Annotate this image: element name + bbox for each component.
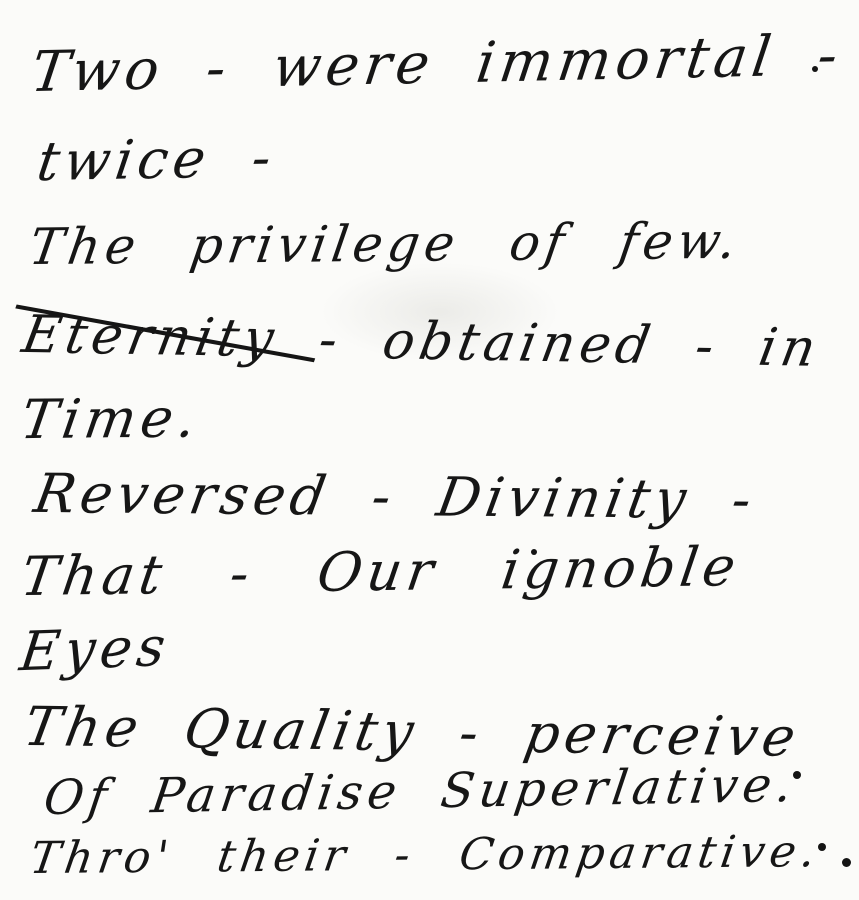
line-text: That - Our ignoble xyxy=(17,535,744,608)
line-text: - obtained - in xyxy=(314,310,825,379)
ink-dot xyxy=(793,771,801,779)
line-text: The Quality - perceive xyxy=(19,695,805,769)
manuscript-line-3: The privilege of few. xyxy=(26,214,745,275)
line-text: twice - xyxy=(33,126,280,193)
line-text: Of Paradise Superlative. xyxy=(40,757,800,826)
ink-dot xyxy=(842,858,851,867)
manuscript-line-11: Thro' their - Comparative. xyxy=(27,828,824,883)
ink-dot xyxy=(531,549,537,555)
manuscript-line-8: Eyes xyxy=(17,617,174,682)
manuscript-line-10: Of Paradise Superlative. xyxy=(41,759,801,825)
line-text: Eyes xyxy=(16,615,173,684)
manuscript-line-6: Reversed - Divinity - xyxy=(30,464,761,530)
line-text: The privilege of few. xyxy=(26,212,745,276)
struck-word: Eternity xyxy=(18,307,283,368)
ink-dot xyxy=(818,843,826,851)
manuscript-line-1: Two - were immortal - xyxy=(28,25,847,104)
line-text: Two - were immortal - xyxy=(27,23,846,105)
line-text: Reversed - Divinity - xyxy=(30,462,761,531)
line-text: Time. xyxy=(17,386,205,451)
manuscript-line-9: The Quality - perceive xyxy=(20,697,805,767)
manuscript-line-4: Eternity - obtained - in xyxy=(18,307,825,378)
ink-dot xyxy=(812,66,818,72)
line-text: Thro' their - Comparative. xyxy=(27,826,824,884)
manuscript-line-2: twice - xyxy=(34,128,280,192)
manuscript-line-5: Time. xyxy=(17,388,205,449)
manuscript-line-7: That - Our ignoble xyxy=(17,537,744,607)
manuscript-page: Two - were immortal - twice - The privil… xyxy=(0,0,859,900)
